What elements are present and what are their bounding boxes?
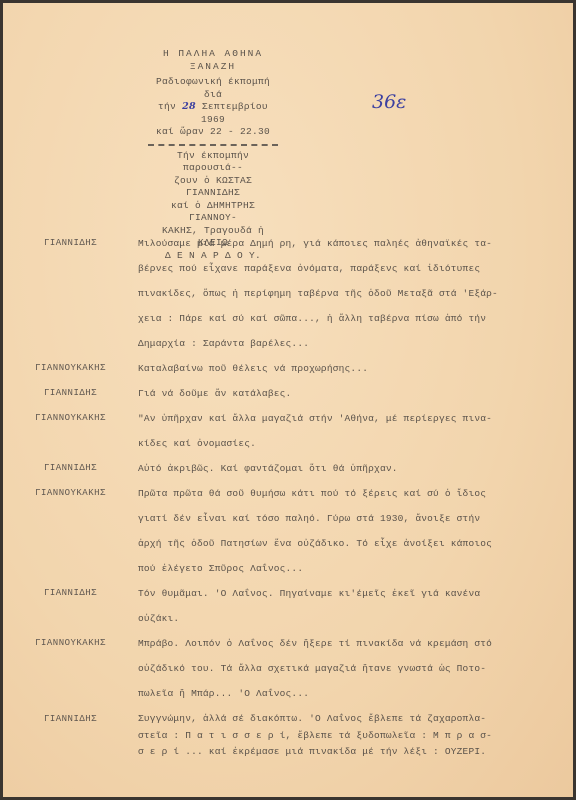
dialogue-line: χεια : Πάρε καί σύ καί σῶπα..., ἡ ἄλλη τ… xyxy=(138,306,561,331)
speaker-name: ΓΙΑΝΝΟΥΚΑΚΗΣ xyxy=(3,356,138,381)
dialogue-line: βέρνες πού εἶχανε παράξενα ὀνόματα, παρά… xyxy=(138,256,561,281)
dialogue-script: ΓΙΑΝΝΙΔΗΣ Μιλούσαμε μιά μέρα Δημή ρη, γι… xyxy=(3,231,573,761)
dialogue-line: Δημαρχία : Σαράντα βαρέλες... xyxy=(138,331,561,356)
date-suffix: Σεπτεμβρίου 1969 xyxy=(201,101,268,125)
dialogue-turn: ΓΙΑΝΝΟΥΚΑΚΗΣ "Αν ὑπῆρχαν καί ἄλλα μαγαζι… xyxy=(3,406,573,456)
dialogue-line: πινακίδες, ὅπως ἡ περίφημη ταβέρνα τῆς ὁ… xyxy=(138,281,561,306)
speaker-name: ΓΙΑΝΝΙΔΗΣ xyxy=(3,381,138,406)
dialogue-line: Αὐτό ἀκριβῶς. Καί φαντάζομαι ὅτι θά ὑπῆρ… xyxy=(138,456,561,481)
dialogue-line: πωλεῖα ἤ Μπάρ... 'Ο Λαΐνος... xyxy=(138,681,561,706)
dialogue-line: οὐζάκι. xyxy=(138,606,561,631)
speaker-name: ΓΙΑΝΝΙΔΗΣ xyxy=(3,581,138,631)
program-title: Η ΠΑΛΗΑ ΑΘΗΝΑ ΞΑΝΑΖΗ xyxy=(148,48,278,73)
dialogue-turn: ΓΙΑΝΝΟΥΚΑΚΗΣ Μπράβο. Λοιπόν ὁ Λαΐνος δέν… xyxy=(3,631,573,706)
dialogue-line: πού ἐλέγετο Σπῦρος Λαΐνος... xyxy=(138,556,561,581)
broadcast-header: Η ΠΑΛΗΑ ΑΘΗΝΑ ΞΑΝΑΖΗ Ραδιοφωνική έκπομπή… xyxy=(148,48,278,262)
dialogue-line: Πρῶτα πρῶτα θά σοῦ θυμήσω κάτι πού τό ξέ… xyxy=(138,481,561,506)
dialogue-turn: ΓΙΑΝΝΙΔΗΣ Αὐτό ἀκριβῶς. Καί φαντάζομαι ὅ… xyxy=(3,456,573,481)
speaker-name: ΓΙΑΝΝΟΥΚΑΚΗΣ xyxy=(3,481,138,581)
dialogue-line: "Αν ὑπῆρχαν καί ἄλλα μαγαζιά στήν 'Αθήνα… xyxy=(138,406,561,431)
speaker-name: ΓΙΑΝΝΙΔΗΣ xyxy=(3,456,138,481)
broadcast-line-1: Ραδιοφωνική έκπομπή διά xyxy=(148,76,278,101)
presenters-line-1: Τήν έκπομπήν παρουσιά-- xyxy=(148,150,278,175)
broadcast-time-line: καί ὥραν 22 - 22.30 xyxy=(148,126,278,139)
speaker-name: ΓΙΑΝΝΟΥΚΑΚΗΣ xyxy=(3,631,138,706)
speaker-name: ΓΙΑΝΝΟΥΚΑΚΗΣ xyxy=(3,406,138,456)
date-prefix: τήν xyxy=(158,101,176,112)
dialogue-turn: ΓΙΑΝΝΙΔΗΣ Τόν θυμᾶμαι. 'Ο Λαΐνος. Πηγαίν… xyxy=(3,581,573,631)
dialogue-line: Συγγνώμην, ἀλλά σέ διακόπτω. 'Ο Λαΐνος ἔ… xyxy=(138,711,561,728)
dialogue-line: οὐζάδικό του. Τά ἄλλα σχετικά μαγαζιά ἤτ… xyxy=(138,656,561,681)
dialogue-line: σ ε ρ ί ... καί ἐκρέμασε μιά πινακίδα μέ… xyxy=(138,744,561,761)
dialogue-turn: ΓΙΑΝΝΙΔΗΣ Γιά νά δοῦμε ἄν κατάλαβες. xyxy=(3,381,573,406)
handwritten-page-number: 36ε xyxy=(372,91,406,113)
dialogue-line: γιατί δέν εἶναι καί τόσο παληό. Γύρω στά… xyxy=(138,506,561,531)
speaker-name: ΓΙΑΝΝΙΔΗΣ xyxy=(3,231,138,356)
dialogue-line: Καταλαβαίνω ποῦ θέλεις νά προχωρήσης... xyxy=(138,356,561,381)
dialogue-line: Τόν θυμᾶμαι. 'Ο Λαΐνος. Πηγαίναμε κι'έμε… xyxy=(138,581,561,606)
dialogue-turn: ΓΙΑΝΝΟΥΚΑΚΗΣ Πρῶτα πρῶτα θά σοῦ θυμήσω κ… xyxy=(3,481,573,581)
dialogue-line: κίδες καί ὀνομασίες. xyxy=(138,431,561,456)
dialogue-turn: ΓΙΑΝΝΟΥΚΑΚΗΣ Καταλαβαίνω ποῦ θέλεις νά π… xyxy=(3,356,573,381)
presenters-line-3: καί ὁ ΔΗΜΗΤΡΗΣ ΓΙΑΝΝΟΥ- xyxy=(148,200,278,225)
header-divider xyxy=(148,144,278,146)
dialogue-line: στεῖα : Π α τ ι σ σ ε ρ ί, ἔβλεπε τά ξυδ… xyxy=(138,728,561,745)
broadcast-date-line: τήν 28 Σεπτεμβρίου 1969 xyxy=(148,101,278,126)
dialogue-line: Μιλούσαμε μιά μέρα Δημή ρη, γιά κάποιες … xyxy=(138,231,561,256)
presenters-line-2: ζουν ὁ ΚΩΣΤΑΣ ΓΙΑΝΝΙΔΗΣ xyxy=(148,175,278,200)
dialogue-turn: ΓΙΑΝΝΙΔΗΣ Μιλούσαμε μιά μέρα Δημή ρη, γι… xyxy=(3,231,573,356)
dialogue-turn: ΓΙΑΝΝΙΔΗΣ Συγγνώμην, ἀλλά σέ διακόπτω. '… xyxy=(3,711,573,761)
typewritten-script-page: Η ΠΑΛΗΑ ΑΘΗΝΑ ΞΑΝΑΖΗ Ραδιοφωνική έκπομπή… xyxy=(3,3,573,797)
dialogue-line: Γιά νά δοῦμε ἄν κατάλαβες. xyxy=(138,381,561,406)
handwritten-day: 28 xyxy=(182,101,196,112)
dialogue-line: ἀρχή τῆς ὁδοῦ Πατησίων ἕνα οὐζάδικο. Τό … xyxy=(138,531,561,556)
speaker-name: ΓΙΑΝΝΙΔΗΣ xyxy=(3,711,138,761)
dialogue-line: Μπράβο. Λοιπόν ὁ Λαΐνος δέν ἤξερε τί πιν… xyxy=(138,631,561,656)
